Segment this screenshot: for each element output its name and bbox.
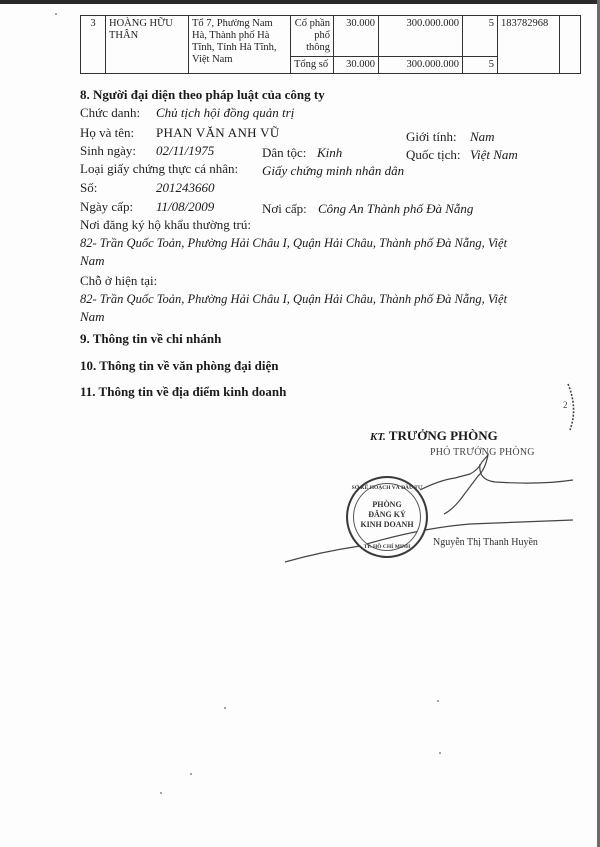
scan-speck [190, 773, 192, 775]
signature-strokes [0, 0, 600, 847]
signer-name: Nguyễn Thị Thanh Huyền [433, 537, 538, 548]
stamp-center-line1: PHÒNG [348, 500, 426, 510]
signature-title-text: TRƯỞNG PHÒNG [389, 428, 498, 443]
scan-speck [224, 707, 226, 709]
stamp-center-line3: KINH DOANH [348, 520, 426, 530]
scan-speck [437, 700, 439, 702]
stamp-top-text: SỞ KẾ HOẠCH VÀ ĐẦU TƯ [348, 485, 426, 491]
signature-subtitle: PHÓ TRƯỞNG PHÒNG [430, 447, 535, 458]
stamp-center-line2: ĐĂNG KÝ [348, 510, 426, 520]
scan-speck [55, 13, 57, 15]
margin-mark: 2 [563, 400, 568, 410]
stamp-center: PHÒNG ĐĂNG KÝ KINH DOANH [348, 500, 426, 530]
scan-speck [160, 792, 162, 794]
signature-title: KT.TRƯỞNG PHÒNG [370, 428, 498, 444]
stamp-bottom-text: TP. HỒ CHÍ MINH [348, 544, 426, 550]
signature-prefix: KT. [370, 431, 386, 443]
official-stamp: SỞ KẾ HOẠCH VÀ ĐẦU TƯ PHÒNG ĐĂNG KÝ KINH… [346, 476, 428, 558]
scan-speck [439, 752, 441, 754]
